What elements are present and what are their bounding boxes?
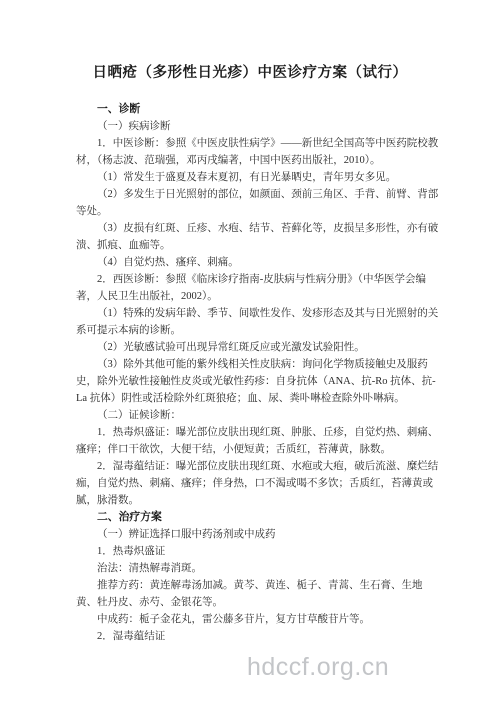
document-line: 1．中医诊断：参照《中医皮肤性病学》——新世纪全国高等中医药院校教: [76, 135, 448, 152]
document-line: 腻，脉滑数。: [76, 492, 448, 509]
document-line: （3）除外其他可能的紫外线相关性皮肤病：询问化学物质接触史及服药: [76, 356, 448, 373]
document-line: 瘙痒；伴口干欲饮，大便干结，小便短黄；舌质红，苔薄黄，脉数。: [76, 441, 448, 458]
document-line: （1）特殊的发病年龄、季节、间歇性发作、发疹形态及其与日光照射的关: [76, 305, 448, 322]
document-line: 1．热毒炽盛证: [76, 543, 448, 560]
document-line: （4）自觉灼热、瘙痒、刺痛。: [76, 254, 448, 271]
watermark-text: hdccf.org.cn: [247, 653, 389, 682]
document-line: 系可提示本病的诊断。: [76, 322, 448, 339]
document-page: 日晒疮（多形性日光疹）中医诊疗方案（试行） 一、诊断（一）疾病诊断1．中医诊断：…: [0, 0, 500, 707]
document-line: 痂，自觉灼热、刺痛、瘙痒；伴身热，口不渴或喝不多饮；舌质红，苔薄黄或: [76, 475, 448, 492]
document-line: （2）光敏感试验可出现异常红斑反应或光激发试验阳性。: [76, 339, 448, 356]
document-line: 中成药：栀子金花丸，雷公藤多苷片，复方甘草酸苷片等。: [76, 611, 448, 628]
document-line: （一）辨证选择口服中药汤剂或中成药: [76, 526, 448, 543]
document-line: 著，人民卫生出版社，2002）。: [76, 288, 448, 305]
document-line: 二、治疗方案: [76, 509, 448, 526]
document-body: 一、诊断（一）疾病诊断1．中医诊断：参照《中医皮肤性病学》——新世纪全国高等中医…: [76, 101, 448, 645]
document-title: 日晒疮（多形性日光疹）中医诊疗方案（试行）: [0, 61, 500, 82]
document-line: 2．湿毒蕴结证: [76, 628, 448, 645]
document-line: 1．热毒炽盛证：曝光部位皮肤出现红斑、肿胀、丘疹，自觉灼热、刺痛、: [76, 424, 448, 441]
document-line: 2．湿毒蕴结证：曝光部位皮肤出现红斑、水疱或大疱，破后流滋、糜烂结: [76, 458, 448, 475]
document-line: （二）证候诊断：: [76, 407, 448, 424]
document-line: 等处。: [76, 203, 448, 220]
document-line: La 抗体）阴性或活检除外红斑狼疮；血、尿、粪卟啉检查除外卟啉病。: [76, 390, 448, 407]
document-line: （2）多发生于日光照射的部位，如颜面、颈前三角区、手背、前臂、背部: [76, 186, 448, 203]
document-line: 2．西医诊断：参照《临床诊疗指南-皮肤病与性病分册》（中华医学会编: [76, 271, 448, 288]
document-line: 溃、抓痕、血痂等。: [76, 237, 448, 254]
document-line: （3）皮损有红斑、丘疹、水疱、结节、苔藓化等，皮损呈多形性，亦有破: [76, 220, 448, 237]
document-line: 史，除外光敏性接触性皮炎或光敏性药疹：自身抗体（ANA、抗-Ro 抗体、抗-: [76, 373, 448, 390]
document-line: （一）疾病诊断: [76, 118, 448, 135]
document-line: 一、诊断: [76, 101, 448, 118]
document-line: 治法：清热解毒消斑。: [76, 560, 448, 577]
document-line: 推荐方药：黄连解毒汤加减。黄芩、黄连、栀子、青蒿、生石膏、生地: [76, 577, 448, 594]
document-line: （1）常发生于盛夏及春末夏初，有日光暴晒史，青年男女多见。: [76, 169, 448, 186]
document-line: 黄、牡丹皮、赤芍、金银花等。: [76, 594, 448, 611]
document-line: 材，（杨志波、范瑞强，邓丙戌编著，中国中医药出版社，2010）。: [76, 152, 448, 169]
